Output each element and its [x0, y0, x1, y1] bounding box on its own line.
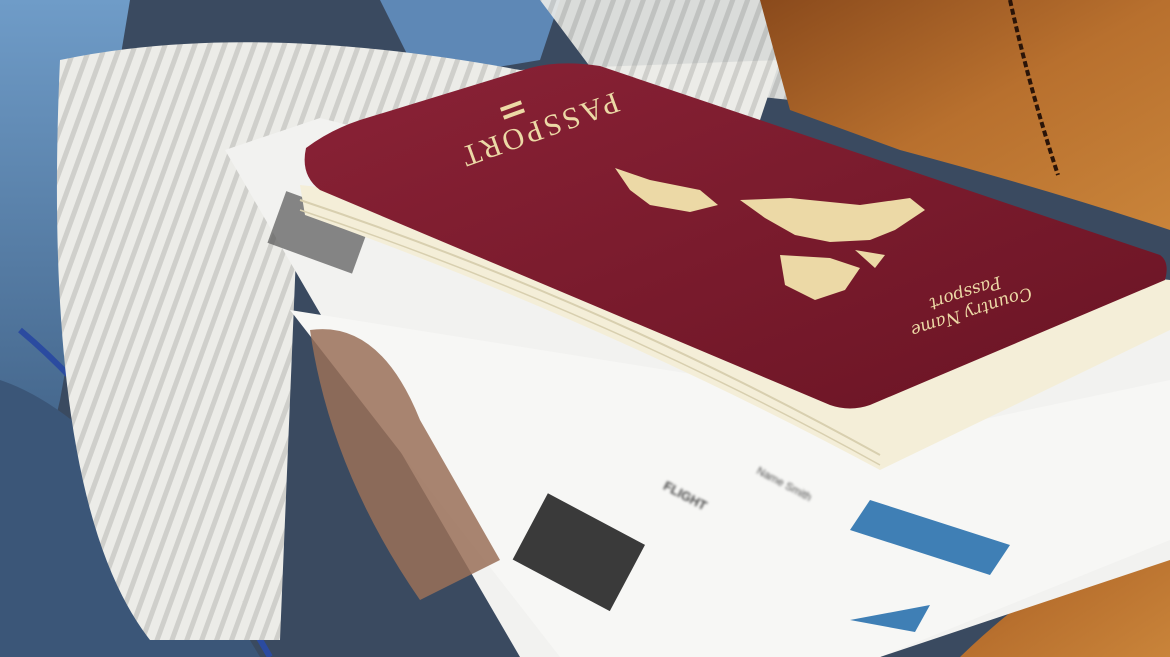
photo-scene: PASSPORT Country Name Passport Name Smit… [0, 0, 1170, 657]
photo-illustration [0, 0, 1170, 657]
